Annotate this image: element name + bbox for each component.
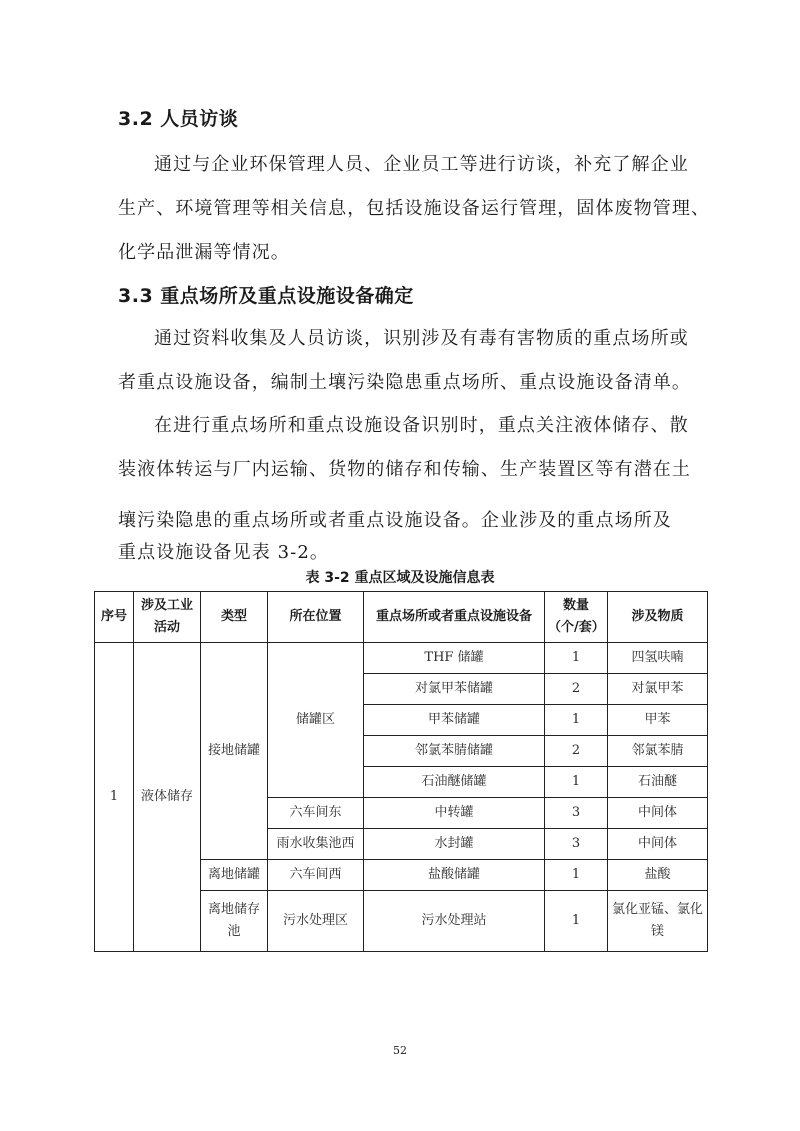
cell-location: 六车间东 [268,798,364,829]
facility-table: 序号 涉及工业 活动 类型 所在位置 重点场所或者重点设施设备 数量 （个/套）… [94,591,708,952]
paragraph-line: 生产、环境管理等相关信息，包括设施设备运行管理，固体废物管理、 [118,194,710,220]
cell-substance: 对氯甲苯 [608,674,708,705]
table-caption: 表 3-2 重点区域及设施信息表 [0,567,800,587]
table-header-row: 序号 涉及工业 活动 类型 所在位置 重点场所或者重点设施设备 数量 （个/套）… [95,592,708,643]
section-3-2-heading: 3.2 人员访谈 [118,104,238,131]
cell-substance: 邻氯苯腈 [608,736,708,767]
header-quantity: 数量 （个/套） [545,592,608,643]
cell-facility: 中转罐 [364,798,545,829]
cell-quantity: 2 [545,674,608,705]
paragraph-line: 者重点设施设备，编制土壤污染隐患重点场所、重点设施设备清单。 [118,368,691,394]
cell-facility: 石油醚储罐 [364,767,545,798]
cell-substance: 盐酸 [608,860,708,891]
cell-quantity: 2 [545,736,608,767]
header-type: 类型 [201,592,268,643]
header-quantity-line1: 数量 [563,598,589,613]
cell-location: 六车间西 [268,860,364,891]
cell-facility: 盐酸储罐 [364,860,545,891]
header-activity-line1: 涉及工业 [141,598,193,613]
table-row: 1 液体储存 接地储罐 储罐区 THF 储罐 1 四氢呋喃 [95,643,708,674]
cell-substance: 中间体 [608,829,708,860]
header-substance: 涉及物质 [608,592,708,643]
cell-facility: THF 储罐 [364,643,545,674]
cell-quantity: 1 [545,860,608,891]
cell-substance: 中间体 [608,798,708,829]
cell-type: 离地储存池 [201,891,268,952]
header-activity: 涉及工业 活动 [134,592,201,643]
paragraph-line: 壤污染隐患的重点场所或者重点设施设备。企业涉及的重点场所及 [118,506,672,532]
paragraph-line: 在进行重点场所和重点设施设备识别时，重点关注液体储存、散 [154,411,689,437]
cell-facility: 邻氯苯腈储罐 [364,736,545,767]
section-3-3-heading: 3.3 重点场所及重点设施设备确定 [118,281,414,308]
page-number: 52 [0,1044,800,1057]
paragraph-line: 重点设施设备见表 3-2。 [118,538,329,564]
header-facility: 重点场所或者重点设施设备 [364,592,545,643]
cell-type: 接地储罐 [201,643,268,860]
cell-location: 雨水收集池西 [268,829,364,860]
cell-substance: 甲苯 [608,705,708,736]
header-location: 所在位置 [268,592,364,643]
cell-facility: 污水处理站 [364,891,545,952]
cell-quantity: 3 [545,829,608,860]
cell-facility: 水封罐 [364,829,545,860]
cell-type: 离地储罐 [201,860,268,891]
cell-facility: 甲苯储罐 [364,705,545,736]
paragraph-line: 通过资料收集及人员访谈，识别涉及有毒有害物质的重点场所或 [154,324,689,350]
cell-facility: 对氯甲苯储罐 [364,674,545,705]
cell-substance: 石油醚 [608,767,708,798]
cell-substance: 四氢呋喃 [608,643,708,674]
paragraph-line: 通过与企业环保管理人员、企业员工等进行访谈，补充了解企业 [154,150,689,176]
header-index: 序号 [95,592,134,643]
cell-quantity: 1 [545,643,608,674]
paragraph-line: 装液体转运与厂内运输、货物的储存和传输、生产装置区等有潜在土 [118,455,691,481]
cell-quantity: 1 [545,891,608,952]
header-activity-line2: 活动 [154,620,180,635]
cell-quantity: 1 [545,767,608,798]
header-quantity-line2: （个/套） [548,620,605,635]
cell-location: 污水处理区 [268,891,364,952]
cell-quantity: 3 [545,798,608,829]
cell-quantity: 1 [545,705,608,736]
cell-location: 储罐区 [268,643,364,798]
cell-index: 1 [95,643,134,952]
cell-substance: 氯化亚锰、氯化镁 [608,891,708,952]
paragraph-line: 化学品泄漏等情况。 [118,238,290,264]
cell-activity: 液体储存 [134,643,201,952]
